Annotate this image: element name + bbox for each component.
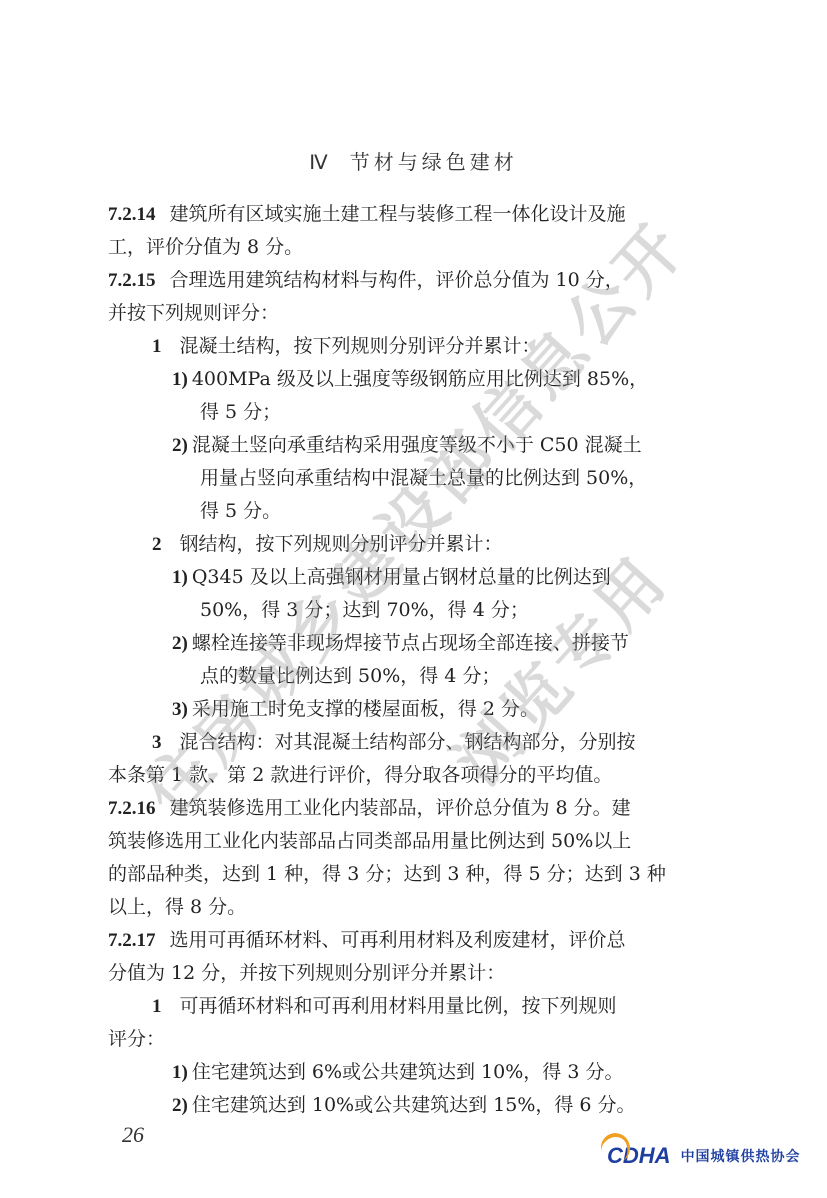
section-roman-numeral: Ⅳ: [309, 152, 331, 174]
item-number: 2): [172, 435, 188, 456]
item-number: 1: [152, 996, 162, 1017]
text-line: 1)Q345 及以上高强钢材用量占钢材总量的比例达到: [172, 561, 720, 594]
text-line: 50%，得 3 分；达到 70%，得 4 分；: [200, 594, 720, 627]
text-line: 的部品种类，达到 1 种，得 3 分；达到 3 种，得 5 分；达到 3 种: [108, 858, 720, 891]
text-line: 2钢结构，按下列规则分别评分并累计：: [152, 528, 720, 561]
text-line: 2)螺栓连接等非现场焊接节点占现场全部连接、拼接节: [172, 627, 720, 660]
item-number: 2: [152, 534, 162, 555]
item-number: 1): [172, 1062, 188, 1083]
clause-number: 7.2.14: [108, 204, 156, 225]
text-line: 得 5 分；: [200, 396, 720, 429]
text-line: 7.2.14建筑所有区域实施土建工程与装修工程一体化设计及施: [108, 198, 720, 231]
line-text: 可再循环材料和可再利用材料用量比例，按下列规则: [180, 995, 617, 1017]
section-title: Ⅳ节材与绿色建材: [0, 146, 827, 175]
item-number: 1): [172, 567, 188, 588]
line-text: 混合结构：对其混凝土结构部分、钢结构部分，分别按: [180, 731, 636, 753]
item-number: 2): [172, 633, 188, 654]
line-text: 用量占竖向承重结构中混凝土总量的比例达到 50%，: [200, 467, 647, 489]
line-text: 并按下列规则评分：: [108, 302, 279, 324]
line-text: 分值为 12 分，并按下列规则分别评分并累计：: [108, 962, 505, 984]
cdha-logo-icon: CDHA: [603, 1143, 671, 1169]
text-line: 用量占竖向承重结构中混凝土总量的比例达到 50%，: [200, 462, 720, 495]
text-line: 1可再循环材料和可再利用材料用量比例，按下列规则: [152, 990, 720, 1023]
item-number: 1: [152, 336, 162, 357]
text-line: 1)住宅建筑达到 6%或公共建筑达到 10%，得 3 分。: [172, 1056, 720, 1089]
clause-number: 7.2.16: [108, 798, 156, 819]
line-text: 混凝土结构，按下列规则分别评分并累计：: [180, 335, 541, 357]
item-number: 3): [172, 699, 188, 720]
text-line: 3)采用施工时免支撑的楼屋面板，得 2 分。: [172, 693, 720, 726]
text-line: 筑装修选用工业化内装部品占同类部品用量比例达到 50%以上: [108, 825, 720, 858]
line-text: 以上，得 8 分。: [108, 896, 246, 918]
line-text: 本条第 1 款、第 2 款进行评价，得分取各项得分的平均值。: [108, 764, 612, 786]
line-text: 混凝土竖向承重结构采用强度等级不小于 C50 混凝土: [192, 434, 642, 456]
line-text: 合理选用建筑结构材料与构件，评价总分值为 10 分，: [170, 269, 624, 291]
line-text: 选用可再循环材料、可再利用材料及利废建材，评价总: [170, 929, 626, 951]
line-text: 住宅建筑达到 6%或公共建筑达到 10%，得 3 分。: [192, 1061, 624, 1083]
text-line: 7.2.15合理选用建筑结构材料与构件，评价总分值为 10 分，: [108, 264, 720, 297]
text-line: 1混凝土结构，按下列规则分别评分并累计：: [152, 330, 720, 363]
logo-text: 中国城镇供热协会: [681, 1146, 801, 1166]
page-number: 26: [122, 1122, 144, 1148]
line-text: Q345 及以上高强钢材用量占钢材总量的比例达到: [192, 566, 611, 588]
item-number: 2): [172, 1095, 188, 1116]
text-line: 7.2.16建筑装修选用工业化内装部品，评价总分值为 8 分。建: [108, 792, 720, 825]
item-number: 3: [152, 732, 162, 753]
line-text: 工，评价分值为 8 分。: [108, 236, 303, 258]
document-page: Ⅳ节材与绿色建材 7.2.14建筑所有区域实施土建工程与装修工程一体化设计及施工…: [0, 0, 827, 1198]
text-line: 7.2.17选用可再循环材料、可再利用材料及利废建材，评价总: [108, 924, 720, 957]
publisher-logo: CDHA 中国城镇供热协会: [603, 1143, 801, 1169]
text-line: 3混合结构：对其混凝土结构部分、钢结构部分，分别按: [152, 726, 720, 759]
text-line: 2)住宅建筑达到 10%或公共建筑达到 15%，得 6 分。: [172, 1089, 720, 1122]
line-text: 评分：: [108, 1028, 165, 1050]
line-text: 筑装修选用工业化内装部品占同类部品用量比例达到 50%以上: [108, 830, 631, 852]
line-text: 400MPa 级及以上强度等级钢筋应用比例达到 85%，: [192, 368, 648, 390]
text-line: 本条第 1 款、第 2 款进行评价，得分取各项得分的平均值。: [108, 759, 720, 792]
line-text: 建筑装修选用工业化内装部品，评价总分值为 8 分。建: [170, 797, 631, 819]
text-line: 分值为 12 分，并按下列规则分别评分并累计：: [108, 957, 720, 990]
line-text: 建筑所有区域实施土建工程与装修工程一体化设计及施: [170, 203, 626, 225]
line-text: 50%，得 3 分；达到 70%，得 4 分；: [200, 599, 529, 621]
text-line: 2)混凝土竖向承重结构采用强度等级不小于 C50 混凝土: [172, 429, 720, 462]
text-line: 工，评价分值为 8 分。: [108, 231, 720, 264]
text-line: 1)400MPa 级及以上强度等级钢筋应用比例达到 85%，: [172, 363, 720, 396]
text-line: 得 5 分。: [200, 495, 720, 528]
line-text: 点的数量比例达到 50%，得 4 分；: [200, 665, 500, 687]
text-line: 并按下列规则评分：: [108, 297, 720, 330]
line-text: 采用施工时免支撑的楼屋面板，得 2 分。: [192, 698, 539, 720]
text-line: 评分：: [108, 1023, 720, 1056]
line-text: 螺栓连接等非现场焊接节点占现场全部连接、拼接节: [192, 632, 629, 654]
line-text: 住宅建筑达到 10%或公共建筑达到 15%，得 6 分。: [192, 1094, 636, 1116]
line-text: 的部品种类，达到 1 种，得 3 分；达到 3 种，得 5 分；达到 3 种: [108, 863, 666, 885]
line-text: 得 5 分；: [200, 401, 281, 423]
clause-number: 7.2.17: [108, 930, 156, 951]
line-text: 得 5 分。: [200, 500, 281, 522]
clause-number: 7.2.15: [108, 270, 156, 291]
section-heading: 节材与绿色建材: [350, 150, 518, 174]
item-number: 1): [172, 369, 188, 390]
text-line: 以上，得 8 分。: [108, 891, 720, 924]
text-line: 点的数量比例达到 50%，得 4 分；: [200, 660, 720, 693]
line-text: 钢结构，按下列规则分别评分并累计：: [180, 533, 503, 555]
